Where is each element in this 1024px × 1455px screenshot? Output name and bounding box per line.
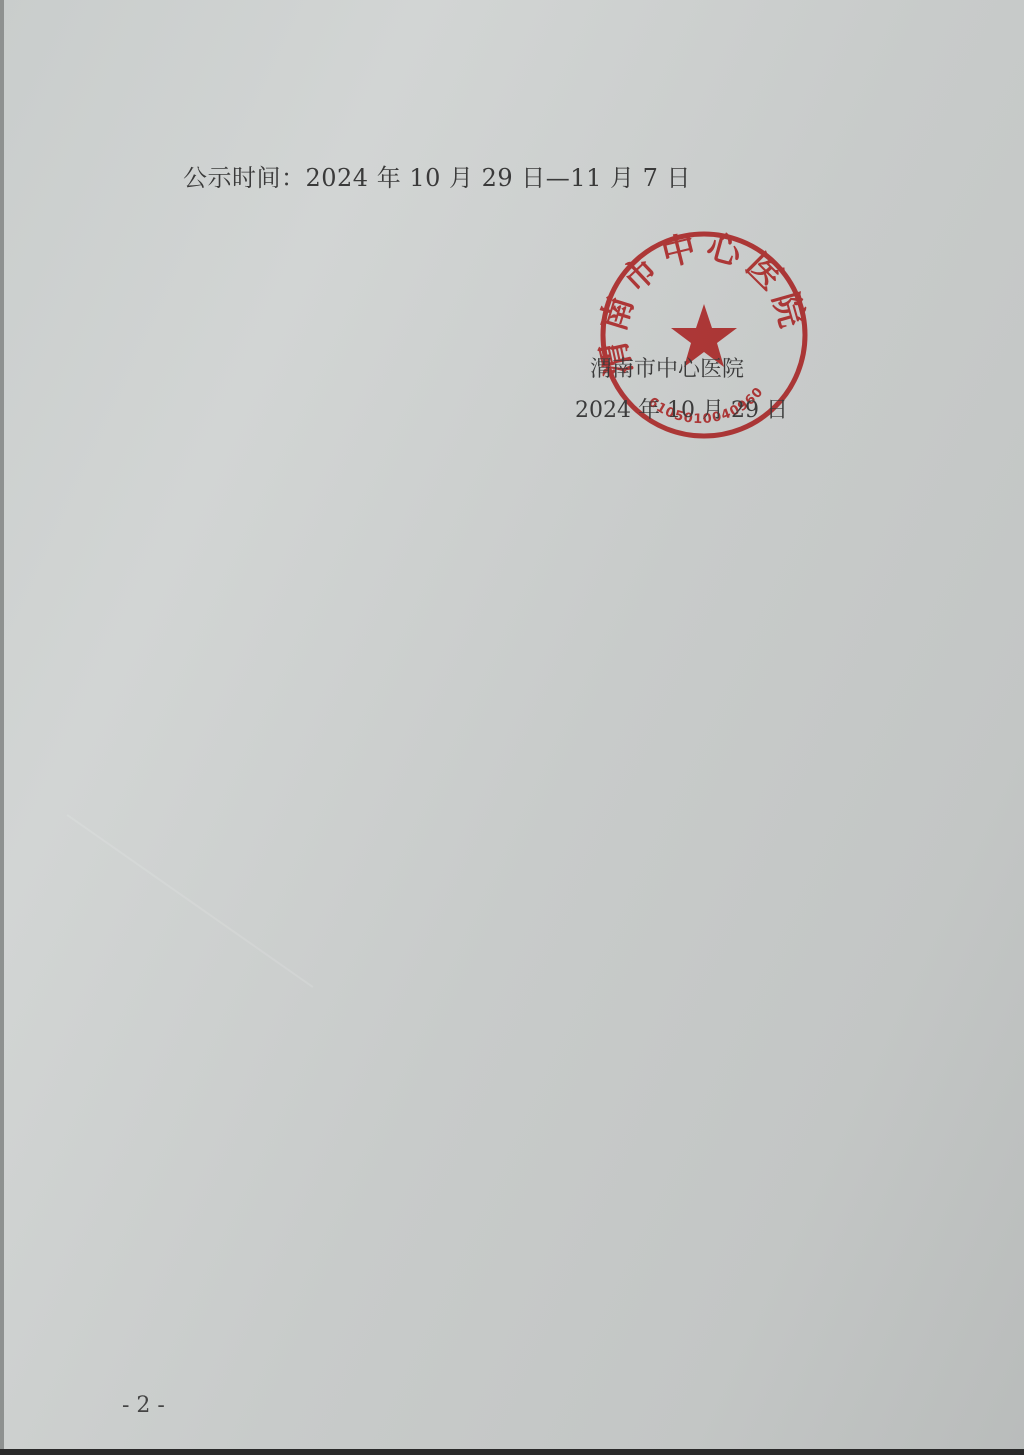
- paper-crease: [67, 814, 314, 988]
- paper-bottom-edge: [0, 1449, 1024, 1455]
- notice-period: 公示时间：2024 年 10 月 29 日—11 月 7 日: [183, 158, 691, 193]
- page-number: - 2 -: [122, 1393, 165, 1418]
- paper-left-edge: [0, 0, 4, 1455]
- signature-date: 2024 年 10 月 29 日: [575, 393, 788, 424]
- signature-organization: 渭南市中心医院: [590, 352, 744, 383]
